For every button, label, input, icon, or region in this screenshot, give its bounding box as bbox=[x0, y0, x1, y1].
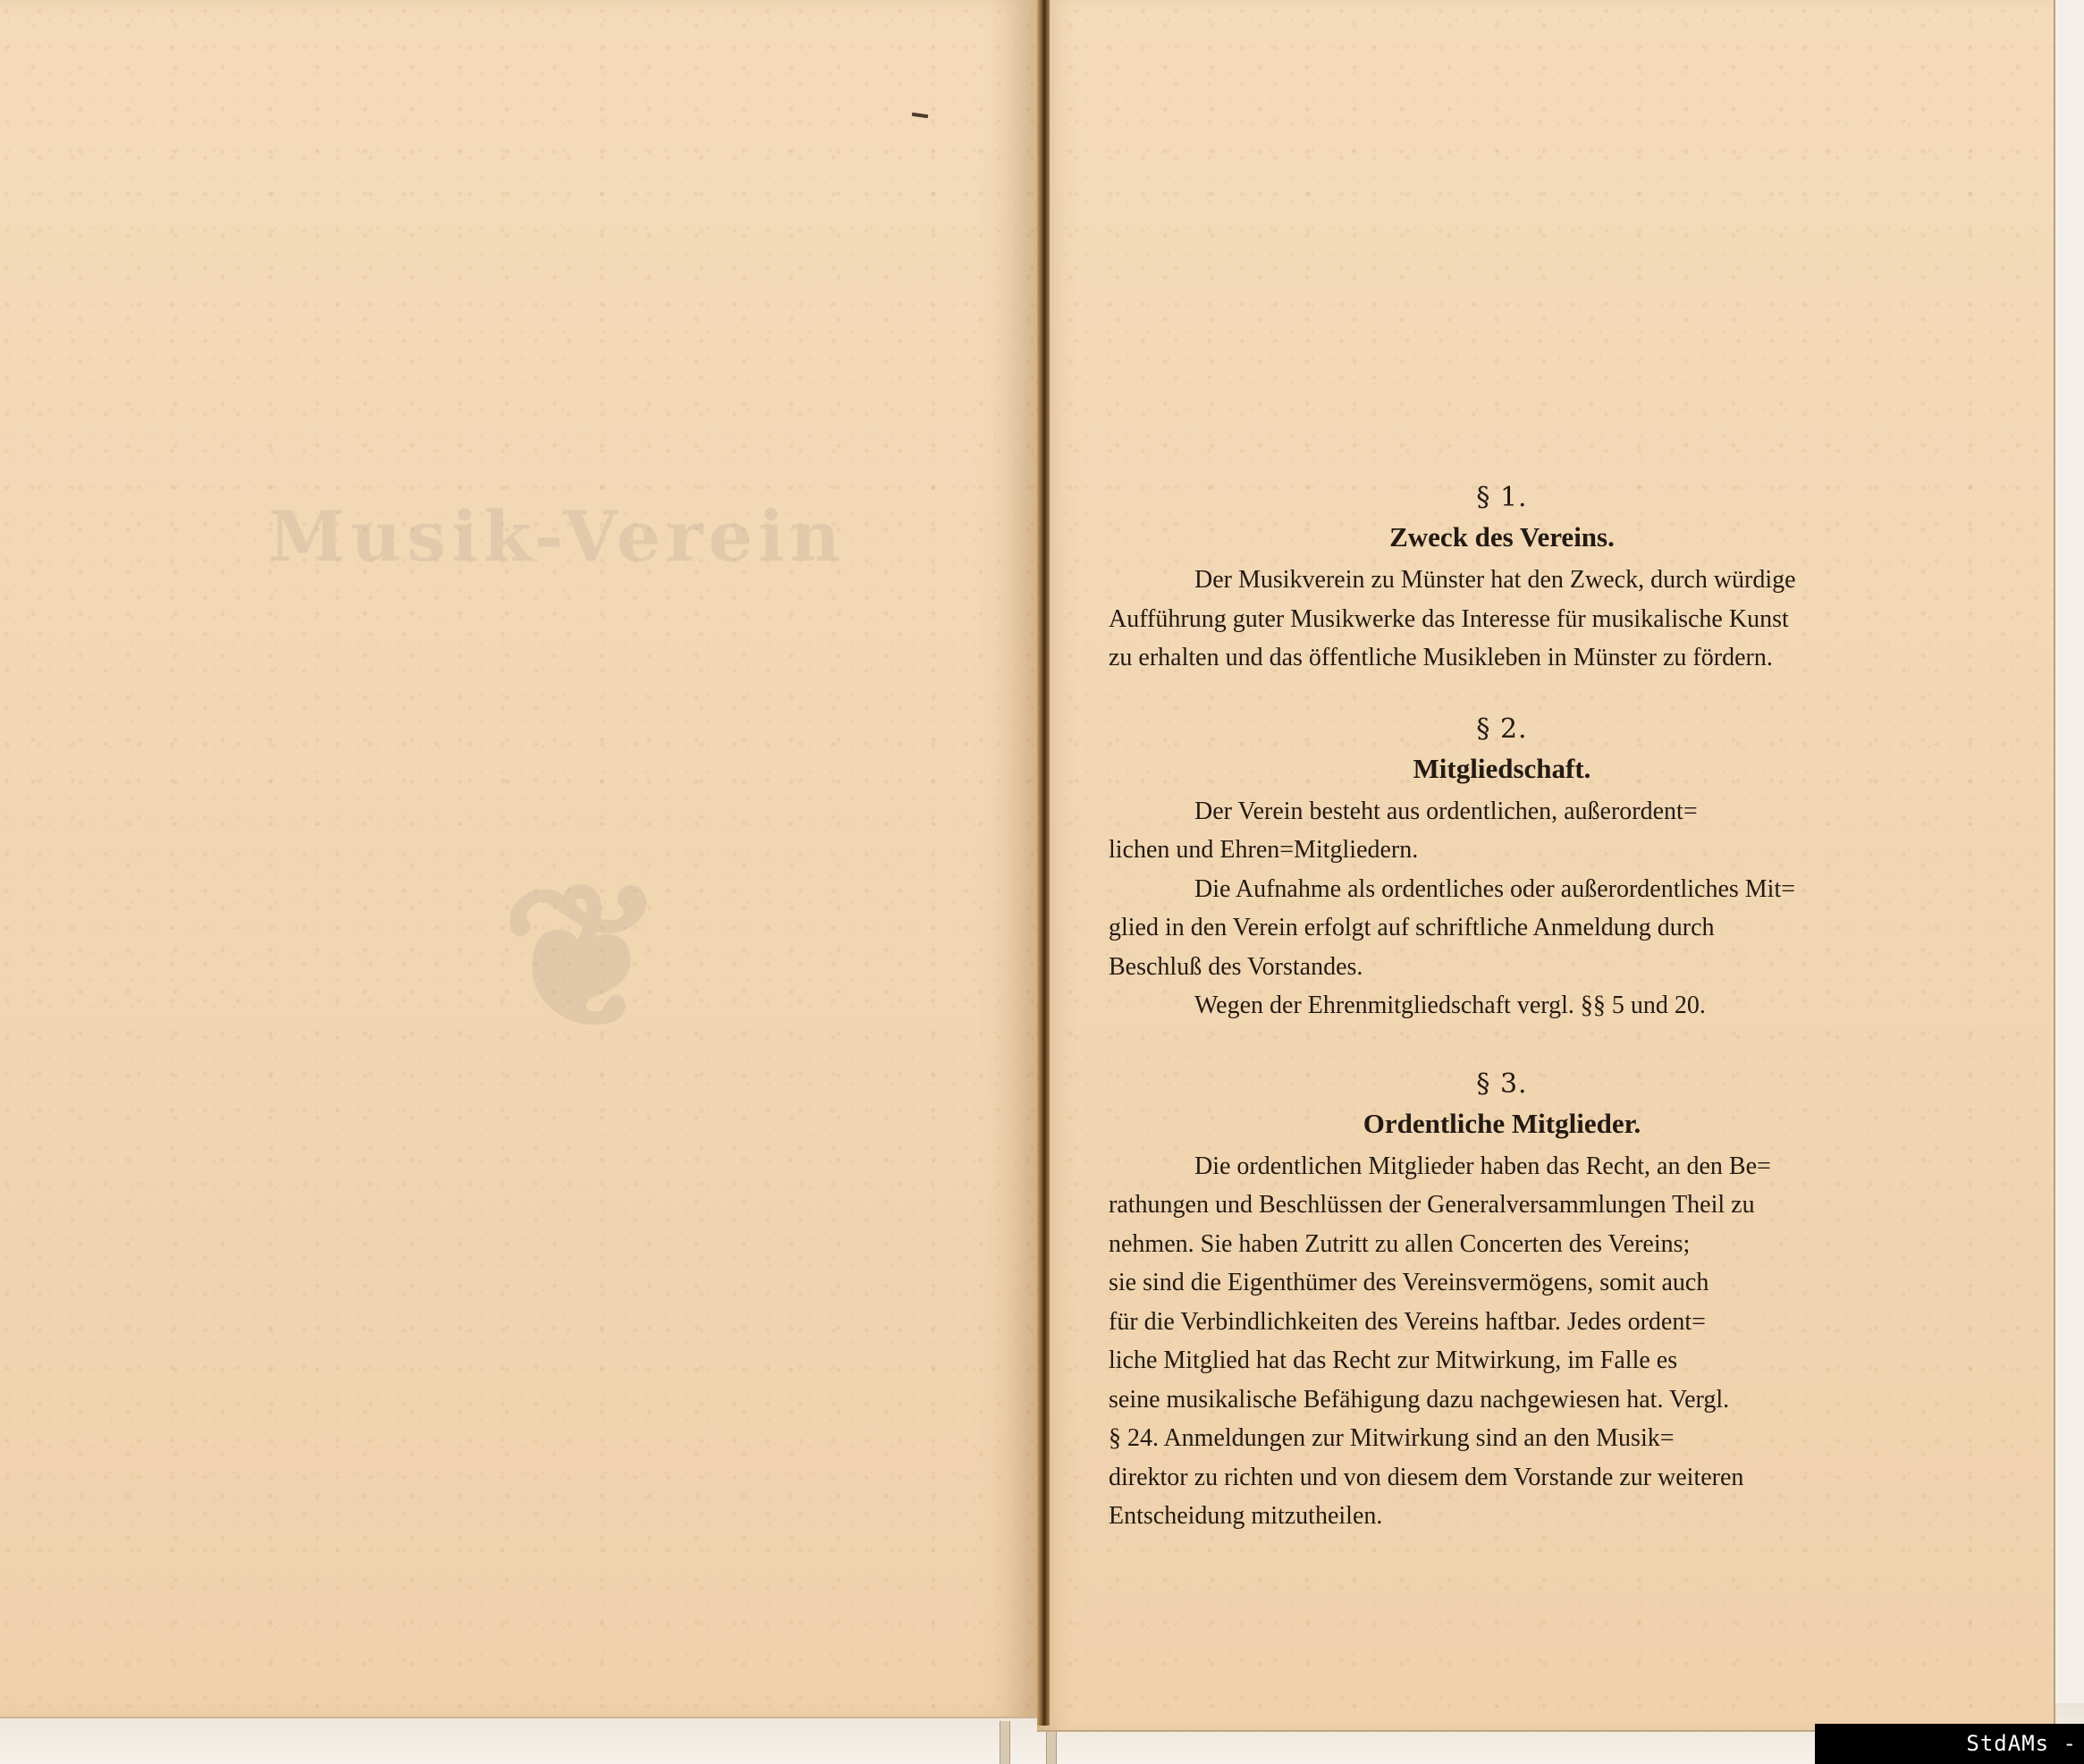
book-gutter bbox=[1037, 0, 1050, 1726]
section-title: Ordentliche Mitglieder. bbox=[1109, 1104, 1895, 1144]
section-3: § 3. Ordentliche Mitglieder. Die ordentl… bbox=[1109, 1065, 1895, 1536]
text-line: Aufführung guter Musikwerke das Interess… bbox=[1109, 600, 1895, 639]
text-line: liche Mitglied hat das Recht zur Mitwirk… bbox=[1109, 1341, 1895, 1380]
show-through-emblem: ❦ bbox=[501, 858, 665, 1055]
archive-label: StdAMs - MV_004_688 bbox=[1815, 1724, 2084, 1764]
section-title: Mitgliedschaft. bbox=[1109, 749, 1895, 789]
section-1: § 1. Zweck des Vereins. Der Musikverein … bbox=[1109, 478, 1895, 678]
text-line: Der Musikverein zu Münster hat den Zweck… bbox=[1109, 561, 1895, 600]
text-line: § 24. Anmeldungen zur Mitwirkung sind an… bbox=[1109, 1419, 1895, 1458]
statute-text: § 1. Zweck des Vereins. Der Musikverein … bbox=[1109, 478, 1895, 1536]
paragraph: Die Aufnahme als ordentliches oder außer… bbox=[1109, 870, 1895, 987]
text-line: glied in den Verein erfolgt auf schriftl… bbox=[1109, 908, 1895, 948]
paragraph: Die ordentlichen Mitglieder haben das Re… bbox=[1109, 1147, 1895, 1536]
text-line: Wegen der Ehrenmitgliedschaft vergl. §§ … bbox=[1109, 986, 1895, 1025]
text-line: Der Verein besteht aus ordentlichen, auß… bbox=[1109, 792, 1895, 831]
text-line: Entscheidung mitzutheilen. bbox=[1109, 1497, 1895, 1536]
text-line: lichen und Ehren=Mitgliedern. bbox=[1109, 831, 1895, 870]
ink-mark bbox=[912, 113, 928, 118]
paragraph: Der Musikverein zu Münster hat den Zweck… bbox=[1109, 561, 1895, 678]
section-number: § 3. bbox=[1109, 1065, 1895, 1104]
section-number: § 1. bbox=[1109, 478, 1895, 518]
text-line: Die Aufnahme als ordentliches oder außer… bbox=[1109, 870, 1895, 909]
text-line: zu erhalten und das öffentliche Musikleb… bbox=[1109, 638, 1895, 678]
section-title: Zweck des Vereins. bbox=[1109, 518, 1895, 557]
text-line: rathungen und Beschlüssen der Generalver… bbox=[1109, 1186, 1895, 1225]
text-line: nehmen. Sie haben Zutritt zu allen Conce… bbox=[1109, 1225, 1895, 1264]
left-page: Musik-Verein ❦ bbox=[0, 0, 1037, 1718]
paragraph: Der Verein besteht aus ordentlichen, auß… bbox=[1109, 792, 1895, 870]
paragraph: Wegen der Ehrenmitgliedschaft vergl. §§ … bbox=[1109, 986, 1895, 1025]
text-line: seine musikalische Befähigung dazu nachg… bbox=[1109, 1380, 1895, 1420]
text-line: für die Verbindlichkeiten des Vereins ha… bbox=[1109, 1303, 1895, 1342]
section-2: § 2. Mitgliedschaft. Der Verein besteht … bbox=[1109, 710, 1895, 1025]
text-line: direktor zu richten und von diesem dem V… bbox=[1109, 1458, 1895, 1498]
text-line: sie sind die Eigenthümer des Vereinsverm… bbox=[1109, 1263, 1895, 1303]
text-line: Beschluß des Vorstandes. bbox=[1109, 948, 1895, 987]
show-through-title: Musik-Verein bbox=[268, 496, 846, 578]
section-number: § 2. bbox=[1109, 710, 1895, 749]
text-line: Die ordentlichen Mitglieder haben das Re… bbox=[1109, 1147, 1895, 1186]
page-edge-fold bbox=[1000, 1721, 1010, 1764]
